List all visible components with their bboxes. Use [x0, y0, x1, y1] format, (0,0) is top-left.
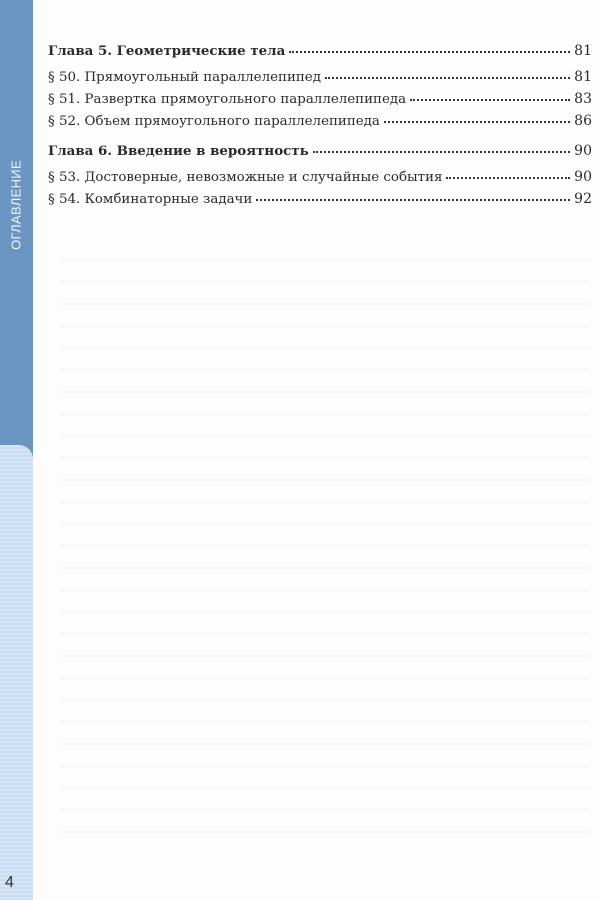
dot-leader: [289, 42, 570, 55]
dot-leader: [410, 90, 570, 103]
table-of-contents: Глава 5. Геометрические тела 81 § 50. Пр…: [48, 40, 592, 210]
toc-page-number: 92: [574, 188, 592, 210]
side-tab-label: ОГЛАВЛЕНИЕ: [9, 160, 24, 250]
toc-page-number: 83: [574, 88, 592, 110]
toc-section-title: § 52. Объем прямоугольного параллелепипе…: [48, 111, 380, 133]
toc-page-number: 90: [574, 166, 592, 188]
toc-page-number: 81: [574, 40, 592, 62]
toc-chapter-6[interactable]: Глава 6. Введение в вероятность 90: [48, 140, 592, 162]
toc-page-number: 90: [574, 140, 592, 162]
toc-section-title: § 54. Комбинаторные задачи: [48, 189, 252, 211]
toc-chapter-title: Глава 5. Геометрические тела: [48, 40, 285, 62]
toc-section-51[interactable]: § 51. Развертка прямоугольного параллеле…: [48, 88, 592, 110]
page-number: 4: [5, 874, 14, 892]
toc-section-title: § 51. Развертка прямоугольного параллеле…: [48, 89, 406, 111]
toc-section-50[interactable]: § 50. Прямоугольный параллелепипед 81: [48, 66, 592, 88]
dot-leader: [446, 168, 570, 181]
toc-section-54[interactable]: § 54. Комбинаторные задачи 92: [48, 188, 592, 210]
toc-page-number: 81: [574, 66, 592, 88]
dot-leader: [313, 142, 570, 155]
toc-chapter-5[interactable]: Глава 5. Геометрические тела 81: [48, 40, 592, 62]
toc-section-title: § 53. Достоверные, невозможные и случайн…: [48, 167, 442, 189]
toc-page-number: 86: [574, 110, 592, 132]
bleed-through-text: [60, 240, 590, 840]
toc-section-title: § 50. Прямоугольный параллелепипед: [48, 67, 321, 89]
toc-chapter-title: Глава 6. Введение в вероятность: [48, 140, 309, 162]
side-tab-lower-region: [0, 445, 33, 900]
toc-section-52[interactable]: § 52. Объем прямоугольного параллелепипе…: [48, 110, 592, 132]
dot-leader: [384, 112, 570, 125]
dot-leader: [325, 68, 570, 81]
toc-section-53[interactable]: § 53. Достоверные, невозможные и случайн…: [48, 166, 592, 188]
dot-leader: [256, 190, 570, 203]
